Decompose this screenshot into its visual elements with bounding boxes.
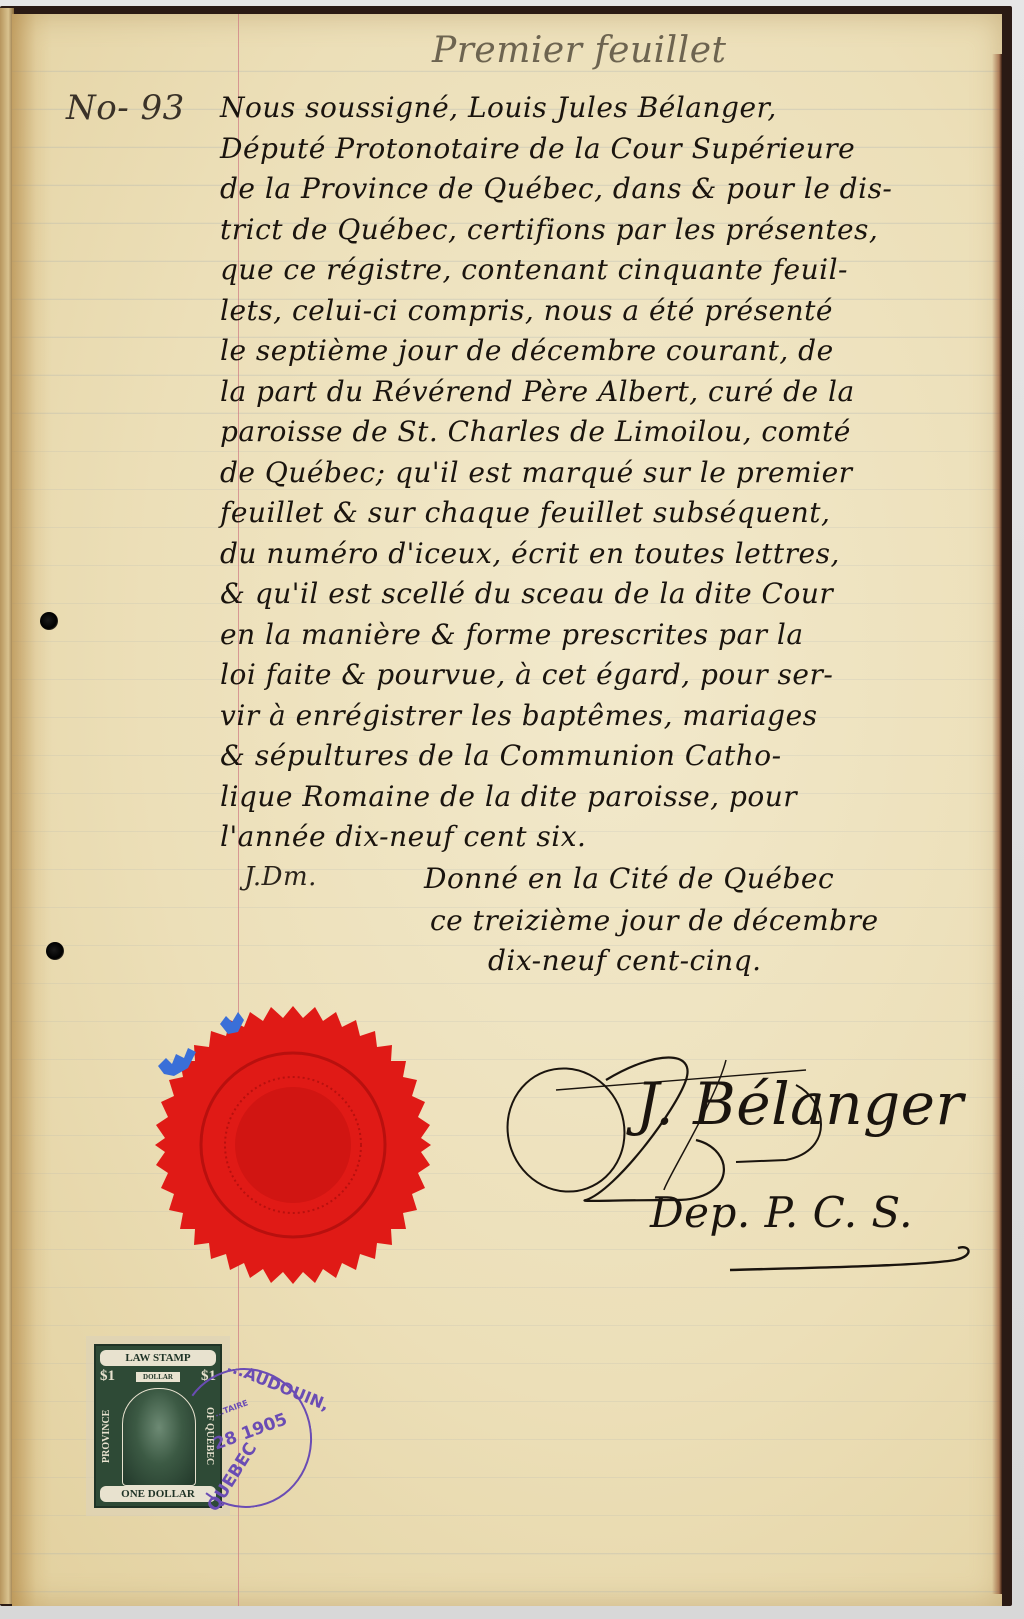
blue-ribbon-icon [158, 1010, 248, 1080]
stamp-side-left: PROVINCE [100, 1390, 114, 1482]
body-line: le septième jour de décembre courant, de [220, 331, 960, 372]
stamp-top-label: LAW STAMP [100, 1350, 216, 1366]
body-line: loi faite & pourvue, à cet égard, pour s… [220, 655, 960, 696]
body-line: lets, celui-ci compris, nous a été prése… [220, 291, 960, 332]
body-line: de Québec; qu'il est marqué sur le premi… [220, 453, 960, 494]
signature: J. Bélanger [496, 1040, 936, 1210]
body-line: vir à enrégistrer les baptêmes, mariages [220, 696, 960, 737]
signature-name: J. Bélanger [636, 1070, 964, 1138]
closing-line-date: ce treizième jour de décembre [430, 904, 879, 937]
body-line: & qu'il est scellé du sceau de la dite C… [220, 574, 960, 615]
certificate-body: Nous soussigné, Louis Jules Bélanger, Dé… [220, 88, 960, 858]
body-line: trict de Québec, certifions par les prés… [220, 210, 960, 251]
underline-flourish-icon [720, 1240, 980, 1280]
punch-hole-icon [40, 612, 58, 630]
body-line: en la manière & forme prescrites par la [220, 615, 960, 656]
body-line: Nous soussigné, Louis Jules Bélanger, [220, 88, 960, 129]
closing-line-place: Donné en la Cité de Québec [424, 862, 834, 895]
punch-hole-icon [46, 942, 64, 960]
body-line: du numéro d'iceux, écrit en toutes lettr… [220, 534, 960, 575]
stamp-value-left: $1 [100, 1368, 115, 1385]
body-line: lique Romaine de la dite paroisse, pour [220, 777, 960, 818]
body-line: feuillet & sur chaque feuillet subséquen… [220, 493, 960, 534]
page-header: Premier feuillet [432, 30, 726, 71]
signature-title: Dep. P. C. S. [650, 1188, 913, 1237]
page-stain [12, 14, 52, 1606]
body-line: l'année dix-neuf cent six. [220, 817, 960, 858]
closing-line-year: dix-neuf cent-cinq. [488, 944, 762, 977]
entry-number: No- 93 [66, 88, 185, 128]
page-edge-right [992, 54, 1002, 1594]
body-line: Député Protonotaire de la Cour Supérieur… [220, 129, 960, 170]
margin-initials: J.Dm. [244, 862, 317, 892]
body-line: la part du Révérend Père Albert, curé de… [220, 372, 960, 413]
body-line: paroisse de St. Charles de Limoilou, com… [220, 412, 960, 453]
body-line: & sépultures de la Communion Catho- [220, 736, 960, 777]
body-line: que ce régistre, contenant cinquante feu… [220, 250, 960, 291]
stamp-denomination: DOLLAR [136, 1372, 180, 1382]
body-line: de la Province de Québec, dans & pour le… [220, 169, 960, 210]
